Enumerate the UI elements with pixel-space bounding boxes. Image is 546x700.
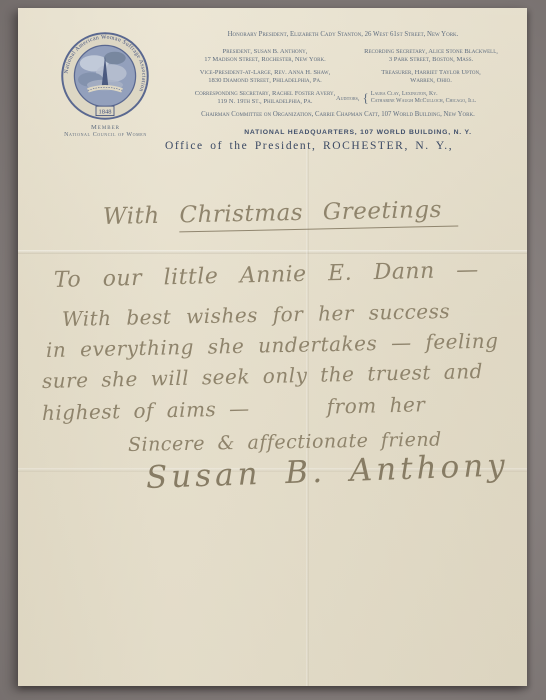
- officer-line: Recording Secretary, Alice Stone Blackwe…: [336, 48, 526, 56]
- photo-backdrop: National American Woman Suffrage Associa…: [0, 0, 546, 700]
- greeting-line: With Christmas Greetings: [103, 197, 458, 230]
- auditors-block: Auditors, { Laura Clay, Lexington, Ky. C…: [336, 91, 476, 105]
- chairman-line: Chairman Committee on Organization, Carr…: [158, 111, 518, 118]
- greeting-prefix: With: [103, 202, 180, 230]
- officer-line: Vice-President-at-Large, Rev. Anna H. Sh…: [170, 69, 360, 77]
- officer-line: 3 Park Street, Boston, Mass.: [336, 56, 526, 64]
- letter-line: highest of aims — from her: [42, 392, 426, 425]
- letter-line: in everything she undertakes — feeling: [46, 329, 499, 362]
- letter-paper: National American Woman Suffrage Associa…: [18, 8, 527, 686]
- fold-crease-horizontal: [18, 250, 527, 254]
- letter-line: To our little Annie E. Dann —: [54, 258, 479, 293]
- auditors-brace: {: [362, 92, 368, 104]
- seal-year: 1848: [99, 109, 112, 116]
- officer-line: 17 Madison Street, Rochester, New York.: [170, 56, 360, 64]
- letter-line: sure she will seek only the truest and: [42, 359, 483, 393]
- officer-entry-treasurer: Treasurer, Harriet Taylor Upton, Warren,…: [336, 69, 526, 85]
- office-of-president-line: Office of the President, ROCHESTER, N. Y…: [165, 140, 453, 152]
- officer-line: Corresponding Secretary, Rachel Foster A…: [170, 90, 360, 98]
- officer-entry-corresponding-secretary: Corresponding Secretary, Rachel Foster A…: [170, 90, 360, 106]
- auditors-label: Auditors,: [336, 95, 359, 102]
- officer-entry-recording-secretary: Recording Secretary, Alice Stone Blackwe…: [336, 48, 526, 64]
- officer-line: 1830 Diamond Street, Philadelphia, Pa.: [170, 77, 360, 85]
- headquarters-line: NATIONAL HEADQUARTERS, 107 WORLD BUILDIN…: [208, 129, 508, 136]
- member-line: Member: [48, 124, 163, 132]
- member-council-line: National Council of Women: [48, 132, 163, 139]
- officer-line: Warren, Ohio.: [336, 77, 526, 85]
- auditor-line: Catharine Waugh McCulloch, Chicago, Ill.: [371, 98, 477, 105]
- member-note: Member National Council of Women: [48, 124, 163, 139]
- officer-line: Treasurer, Harriet Taylor Upton,: [336, 69, 526, 77]
- officer-line: 119 N. 19th St., Philadelphia, Pa.: [170, 98, 360, 106]
- honorary-president-line: Honorary President, Elizabeth Cady Stant…: [168, 31, 518, 39]
- seal-year-banner: 1848: [96, 106, 114, 115]
- auditor-line: Laura Clay, Lexington, Ky.: [371, 91, 477, 98]
- letter-line: With best wishes for her success: [62, 299, 451, 331]
- officer-entry-president: President, Susan B. Anthony, 17 Madison …: [170, 48, 360, 64]
- officer-entry-vice-president: Vice-President-at-Large, Rev. Anna H. Sh…: [170, 69, 360, 85]
- suffrage-association-seal: National American Woman Suffrage Associa…: [60, 31, 150, 121]
- greeting-underlined: Christmas Greetings: [179, 197, 458, 233]
- officer-line: President, Susan B. Anthony,: [170, 48, 360, 56]
- auditors-list: Laura Clay, Lexington, Ky. Catharine Wau…: [371, 91, 477, 105]
